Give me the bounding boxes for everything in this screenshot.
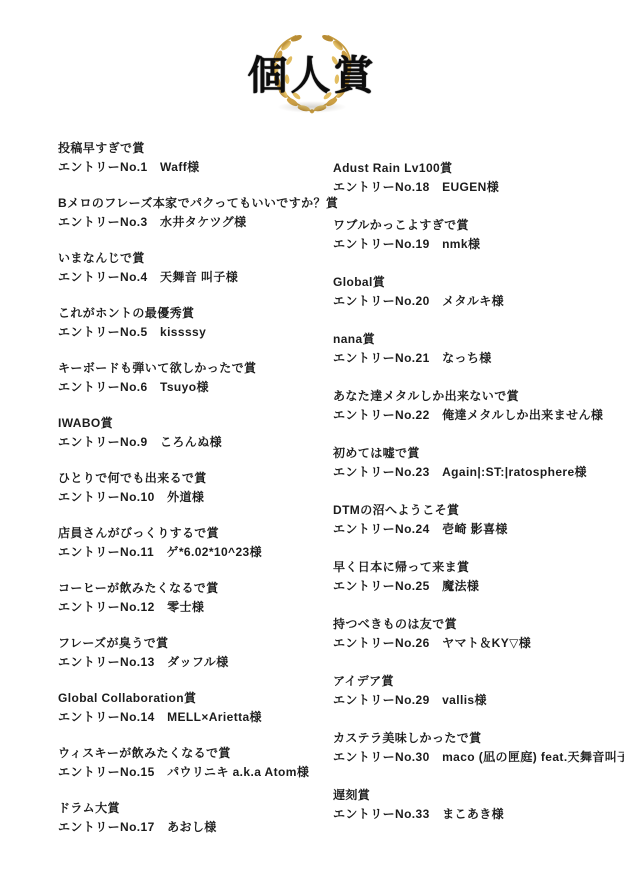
award-title: 店員さんがびっくりするで賞 bbox=[58, 524, 330, 543]
award-title: あなた達メタルしか出来ないで賞 bbox=[333, 387, 621, 406]
entry-line: エントリーNo.14 MELL×Arietta様 bbox=[58, 708, 330, 727]
award-title: 早く日本に帰って来ま賞 bbox=[333, 558, 621, 577]
award-entry: IWABO賞エントリーNo.9 ころんぬ様 bbox=[58, 414, 330, 452]
entry-line: エントリーNo.26 ヤマト＆KY▽様 bbox=[333, 634, 621, 653]
award-entry: DTMの沼へようこそ賞エントリーNo.24 壱崎 影喜様 bbox=[333, 501, 621, 539]
award-title: 初めては嘘で賞 bbox=[333, 444, 621, 463]
award-title: フレーズが臭うで賞 bbox=[58, 634, 330, 653]
award-entry: Adust Rain Lv100賞エントリーNo.18 EUGEN様 bbox=[333, 159, 621, 197]
award-title: ウィスキーが飲みたくなるで賞 bbox=[58, 744, 330, 763]
award-title: nana賞 bbox=[333, 330, 621, 349]
award-entry: いまなんじで賞エントリーNo.4 天舞音 叫子様 bbox=[58, 249, 330, 287]
award-entry: あなた達メタルしか出来ないで賞エントリーNo.22 俺達メタルしか出来ません様 bbox=[333, 387, 621, 425]
entry-line: エントリーNo.23 Again|:ST:|ratosphere様 bbox=[333, 463, 621, 482]
award-title: いまなんじで賞 bbox=[58, 249, 330, 268]
award-title: Bメロのフレーズ本家でパクってもいいですか？賞 bbox=[58, 194, 330, 213]
header: 個人賞 bbox=[0, 0, 624, 130]
entry-line: エントリーNo.6 Tsuyo様 bbox=[58, 378, 330, 397]
entry-line: エントリーNo.22 俺達メタルしか出来ません様 bbox=[333, 406, 621, 425]
entry-line: エントリーNo.17 あおし様 bbox=[58, 818, 330, 837]
award-entry: 遅刻賞エントリーNo.33 まこあき様 bbox=[333, 786, 621, 824]
award-title: ワブルかっこよすぎで賞 bbox=[333, 216, 621, 235]
award-entry: 持つべきものは友で賞エントリーNo.26 ヤマト＆KY▽様 bbox=[333, 615, 621, 653]
entry-line: エントリーNo.11 ゲ*6.02*10^23様 bbox=[58, 543, 330, 562]
entry-line: エントリーNo.10 外道様 bbox=[58, 488, 330, 507]
award-title: 遅刻賞 bbox=[333, 786, 621, 805]
entry-line: エントリーNo.21 なっち様 bbox=[333, 349, 621, 368]
award-document-page: 個人賞 投稿早すぎで賞エントリーNo.1 Waff様Bメロのフレーズ本家でパクっ… bbox=[0, 0, 624, 882]
award-entry: Global賞エントリーNo.20 メタルキ様 bbox=[333, 273, 621, 311]
award-title: 投稿早すぎで賞 bbox=[58, 139, 330, 158]
entry-line: エントリーNo.20 メタルキ様 bbox=[333, 292, 621, 311]
entry-line: エントリーNo.1 Waff様 bbox=[58, 158, 330, 177]
award-entry: カステラ美味しかったで賞エントリーNo.30 maco (凪の匣庭) feat.… bbox=[333, 729, 621, 767]
award-list-right: Adust Rain Lv100賞エントリーNo.18 EUGEN様ワブルかっこ… bbox=[333, 159, 621, 824]
entry-line: エントリーNo.3 水井タケツグ様 bbox=[58, 213, 330, 232]
entry-line: エントリーNo.33 まこあき様 bbox=[333, 805, 621, 824]
award-title: Global Collaboration賞 bbox=[58, 689, 330, 708]
award-entry: ドラム大賞エントリーNo.17 あおし様 bbox=[58, 799, 330, 837]
award-entry: キーボードも弾いて欲しかったで賞エントリーNo.6 Tsuyo様 bbox=[58, 359, 330, 397]
award-title: Adust Rain Lv100賞 bbox=[333, 159, 621, 178]
entry-line: エントリーNo.29 vallis様 bbox=[333, 691, 621, 710]
award-entry: 店員さんがびっくりするで賞エントリーNo.11 ゲ*6.02*10^23様 bbox=[58, 524, 330, 562]
entry-line: エントリーNo.30 maco (凪の匣庭) feat.天舞音叫子様 bbox=[333, 748, 621, 767]
entry-line: エントリーNo.4 天舞音 叫子様 bbox=[58, 268, 330, 287]
award-entry: Bメロのフレーズ本家でパクってもいいですか？賞エントリーNo.3 水井タケツグ様 bbox=[58, 194, 330, 232]
award-entry: ウィスキーが飲みたくなるで賞エントリーNo.15 パウリニキ a.k.a Ato… bbox=[58, 744, 330, 782]
award-entry: コーヒーが飲みたくなるで賞エントリーNo.12 零士様 bbox=[58, 579, 330, 617]
award-entry: nana賞エントリーNo.21 なっち様 bbox=[333, 330, 621, 368]
award-title: IWABO賞 bbox=[58, 414, 330, 433]
award-entry: ひとりで何でも出来るで賞エントリーNo.10 外道様 bbox=[58, 469, 330, 507]
award-title: ドラム大賞 bbox=[58, 799, 330, 818]
entry-line: エントリーNo.19 nmk様 bbox=[333, 235, 621, 254]
entry-line: エントリーNo.13 ダッフル様 bbox=[58, 653, 330, 672]
award-entry: フレーズが臭うで賞エントリーNo.13 ダッフル様 bbox=[58, 634, 330, 672]
entry-line: エントリーNo.9 ころんぬ様 bbox=[58, 433, 330, 452]
wreath-shadow bbox=[277, 101, 347, 113]
award-entry: Global Collaboration賞エントリーNo.14 MELL×Ari… bbox=[58, 689, 330, 727]
award-title: これがホントの最優秀賞 bbox=[58, 304, 330, 323]
award-list-left: 投稿早すぎで賞エントリーNo.1 Waff様Bメロのフレーズ本家でパクってもいい… bbox=[58, 139, 330, 837]
award-entry: ワブルかっこよすぎで賞エントリーNo.19 nmk様 bbox=[333, 216, 621, 254]
entry-line: エントリーNo.24 壱崎 影喜様 bbox=[333, 520, 621, 539]
page-title: 個人賞 bbox=[0, 44, 624, 101]
entry-line: エントリーNo.18 EUGEN様 bbox=[333, 178, 621, 197]
award-entry: 早く日本に帰って来ま賞エントリーNo.25 魔法様 bbox=[333, 558, 621, 596]
entry-line: エントリーNo.15 パウリニキ a.k.a Atom様 bbox=[58, 763, 330, 782]
award-entry: 初めては嘘で賞エントリーNo.23 Again|:ST:|ratosphere様 bbox=[333, 444, 621, 482]
entry-line: エントリーNo.5 kissssy bbox=[58, 323, 330, 342]
award-title: 持つべきものは友で賞 bbox=[333, 615, 621, 634]
entry-line: エントリーNo.12 零士様 bbox=[58, 598, 330, 617]
award-title: Global賞 bbox=[333, 273, 621, 292]
entry-line: エントリーNo.25 魔法様 bbox=[333, 577, 621, 596]
award-entry: 投稿早すぎで賞エントリーNo.1 Waff様 bbox=[58, 139, 330, 177]
award-title: ひとりで何でも出来るで賞 bbox=[58, 469, 330, 488]
award-title: キーボードも弾いて欲しかったで賞 bbox=[58, 359, 330, 378]
award-title: DTMの沼へようこそ賞 bbox=[333, 501, 621, 520]
award-entry: アイデア賞エントリーNo.29 vallis様 bbox=[333, 672, 621, 710]
award-title: コーヒーが飲みたくなるで賞 bbox=[58, 579, 330, 598]
award-title: アイデア賞 bbox=[333, 672, 621, 691]
award-title: カステラ美味しかったで賞 bbox=[333, 729, 621, 748]
award-entry: これがホントの最優秀賞エントリーNo.5 kissssy bbox=[58, 304, 330, 342]
